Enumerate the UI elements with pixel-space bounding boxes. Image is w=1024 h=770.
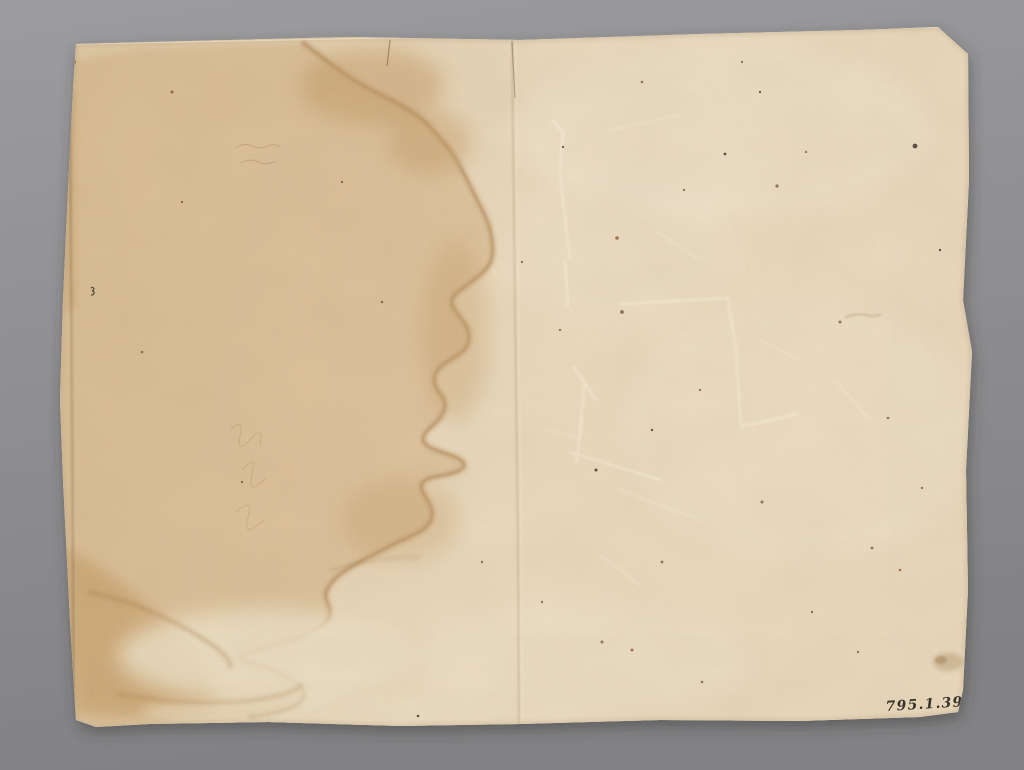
photo-canvas: 795.1.3906 xyxy=(0,0,1024,770)
smudge-mark xyxy=(933,653,963,671)
paper-surface: 795.1.3906 xyxy=(50,15,990,740)
paper-grain-texture xyxy=(50,15,990,740)
photograph: 795.1.3906 xyxy=(0,0,1024,770)
